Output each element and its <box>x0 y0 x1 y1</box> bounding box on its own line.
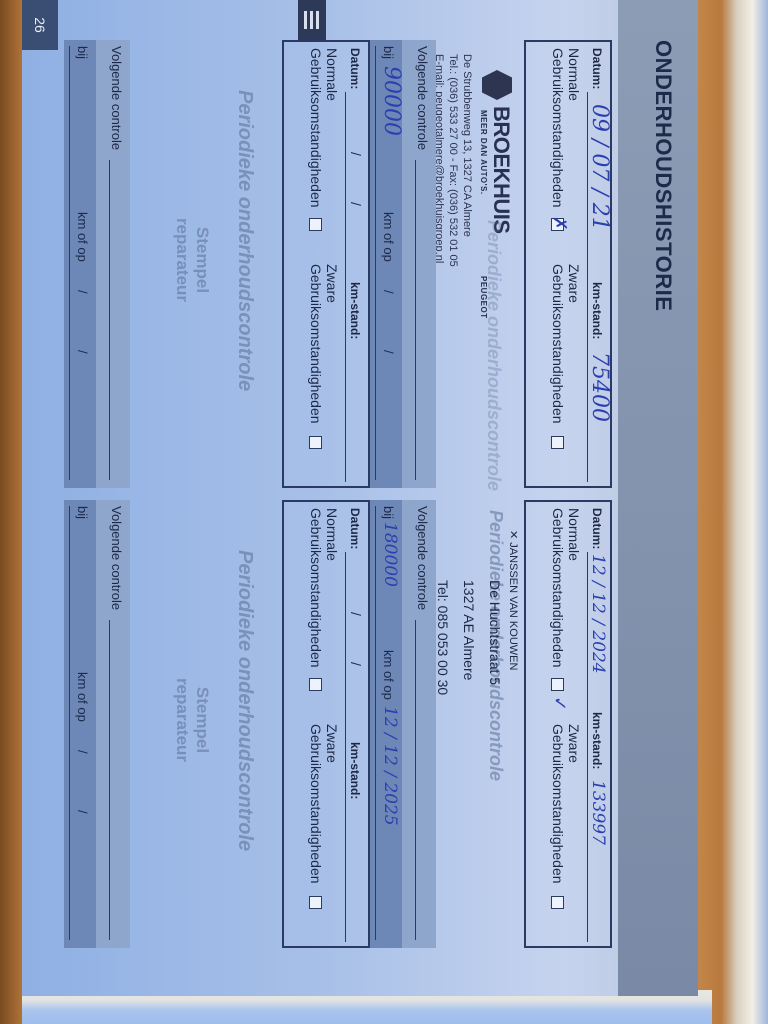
entry-2-datum[interactable]: 12 / 12 / 2024 <box>588 554 608 674</box>
bij-label: bij <box>381 506 396 519</box>
gebruiks-label: Gebruiksomstandigheden <box>308 264 324 424</box>
entry-2-next-km[interactable]: 180000 <box>380 522 400 587</box>
entry-1-km-stand[interactable]: 75400 <box>587 352 612 422</box>
entry-4-next-service: Volgende controle bij km of op / / <box>64 500 130 948</box>
datum-label: Datum: <box>348 48 362 89</box>
stamp-placeholder: Stempel reparateur <box>172 660 212 780</box>
volgende-label: Volgende controle <box>415 506 430 610</box>
zware-label: Zware <box>566 724 582 763</box>
entry-2-next-service: Volgende controle bij 180000 km of op 12… <box>370 500 436 948</box>
date-separator: / <box>348 662 364 666</box>
check-mark-icon: ✗ <box>549 216 570 231</box>
gebruiks-label: Gebruiksomstandigheden <box>308 48 324 208</box>
date-separator: / <box>75 750 90 754</box>
entry-column-right: Datum: 12 / 12 / 2024 km-stand: 133997 N… <box>52 500 612 948</box>
volgende-label: Volgende controle <box>109 46 124 150</box>
watermark-text: Periodieke onderhoudscontrole <box>233 550 256 851</box>
km-of-op-label: km of op <box>381 212 396 262</box>
normale-label: Normale <box>566 508 582 561</box>
entry-4-box: Datum: / / km-stand: Normale Gebruiksoms… <box>282 500 370 948</box>
dealer-phone: Tel.: (036) 533 27 00 - Fax: (036) 532 0… <box>446 54 460 267</box>
bij-label: bij <box>75 46 90 59</box>
km-of-op-label: km of op <box>75 672 90 722</box>
entry-2-km-stand[interactable]: 133997 <box>588 780 608 845</box>
normale-label: Normale <box>324 508 340 561</box>
km-stand-label: km-stand: <box>590 282 604 339</box>
gebruiks-label: Gebruiksomstandigheden <box>308 724 324 884</box>
reparateur-label: reparateur <box>172 660 192 780</box>
normale-label: Normale <box>324 48 340 101</box>
entry-3-box: Datum: / / km-stand: Normale Gebruiksoms… <box>282 40 370 488</box>
entry-1-zware-checkbox[interactable] <box>551 436 564 449</box>
date-separator: / <box>348 612 364 616</box>
km-of-op-label: km of op <box>381 650 396 700</box>
datum-label: Datum: <box>590 508 604 549</box>
entry-2-zware-checkbox[interactable] <box>551 896 564 909</box>
gebruiks-label: Gebruiksomstandigheden <box>550 48 566 208</box>
entry-2-box: Datum: 12 / 12 / 2024 km-stand: 133997 N… <box>524 500 612 948</box>
maintenance-booklet-page: ONDERHOUDSHISTORIE 26 Datum: 09 / 07 / 2… <box>22 0 698 996</box>
km-of-op-label: km of op <box>75 212 90 262</box>
bij-label: bij <box>381 46 396 59</box>
entry-column-left: Datum: 09 / 07 / 21 km-stand: 75400 Norm… <box>52 40 612 488</box>
watermark-text: Periodieke onderhoudscontrole <box>483 220 504 491</box>
dealer-tagline: MEER DAN AUTO'S. <box>479 110 488 195</box>
date-separator: / <box>381 290 396 294</box>
lines-icon <box>298 0 326 40</box>
watermark-text: Periodieke onderhoudscontrole <box>233 90 256 391</box>
entry-1-box: Datum: 09 / 07 / 21 km-stand: 75400 Norm… <box>524 40 612 488</box>
page-title: ONDERHOUDSHISTORIE <box>650 40 676 311</box>
zware-label: Zware <box>566 264 582 303</box>
stempel-label: Stempel <box>192 660 212 780</box>
entry-3-next-service: Volgende controle bij km of op / / <box>64 40 130 488</box>
datum-label: Datum: <box>348 508 362 549</box>
datum-label: Datum: <box>590 48 604 89</box>
entry-2-next-date[interactable]: 12 / 12 / 2025 <box>380 706 400 826</box>
broekhuis-hexagon-logo <box>482 70 512 100</box>
zware-label: Zware <box>324 724 340 763</box>
dealer-address: De Strubbenweg 13, 1327 CA Almere <box>460 54 474 237</box>
volgende-label: Volgende controle <box>415 46 430 150</box>
date-separator: / <box>75 290 90 294</box>
gebruiks-label: Gebruiksomstandigheden <box>550 264 566 424</box>
entry-1-next-km[interactable]: 90000 <box>379 66 404 136</box>
reparateur-label: reparateur <box>172 200 192 320</box>
entry-2-normale-checkbox[interactable] <box>551 678 564 691</box>
km-stand-label: km-stand: <box>348 742 362 799</box>
entry-1-next-service: Volgende controle bij 90000 km of op / / <box>370 40 436 488</box>
gebruiks-label: Gebruiksomstandigheden <box>550 724 566 884</box>
bij-label: bij <box>75 506 90 519</box>
date-separator: / <box>381 350 396 354</box>
entry-1-datum[interactable]: 09 / 07 / 21 <box>587 104 612 231</box>
gebruiks-label: Gebruiksomstandigheden <box>550 508 566 668</box>
entry-4-zware-checkbox[interactable] <box>309 896 322 909</box>
check-mark-icon: ✓ <box>549 696 570 711</box>
gebruiks-label: Gebruiksomstandigheden <box>308 508 324 668</box>
title-band: ONDERHOUDSHISTORIE <box>618 0 698 996</box>
km-stand-label: km-stand: <box>590 712 604 769</box>
entry-3-zware-checkbox[interactable] <box>309 436 322 449</box>
normale-label: Normale <box>566 48 582 101</box>
table-surface-left <box>0 0 22 1024</box>
dealer-name: BROEKHUIS <box>488 106 514 234</box>
date-separator: / <box>348 152 364 156</box>
dealer-address: De Huchtstraat 5 <box>482 580 508 685</box>
volgende-label: Volgende controle <box>109 506 124 610</box>
date-separator: / <box>75 810 90 814</box>
dealer-postcode: 1327 AE Almere <box>456 580 482 680</box>
date-separator: / <box>75 350 90 354</box>
table-surface-right <box>690 0 768 1024</box>
km-stand-label: km-stand: <box>348 282 362 339</box>
entry-4-normale-checkbox[interactable] <box>309 678 322 691</box>
date-separator: / <box>348 202 364 206</box>
zware-label: Zware <box>324 264 340 303</box>
stempel-label: Stempel <box>192 200 212 320</box>
dealer-name: JANSSEN VAN KOUWEN <box>507 542 519 670</box>
entry-3-normale-checkbox[interactable] <box>309 218 322 231</box>
stamp-placeholder: Stempel reparateur <box>172 200 212 320</box>
